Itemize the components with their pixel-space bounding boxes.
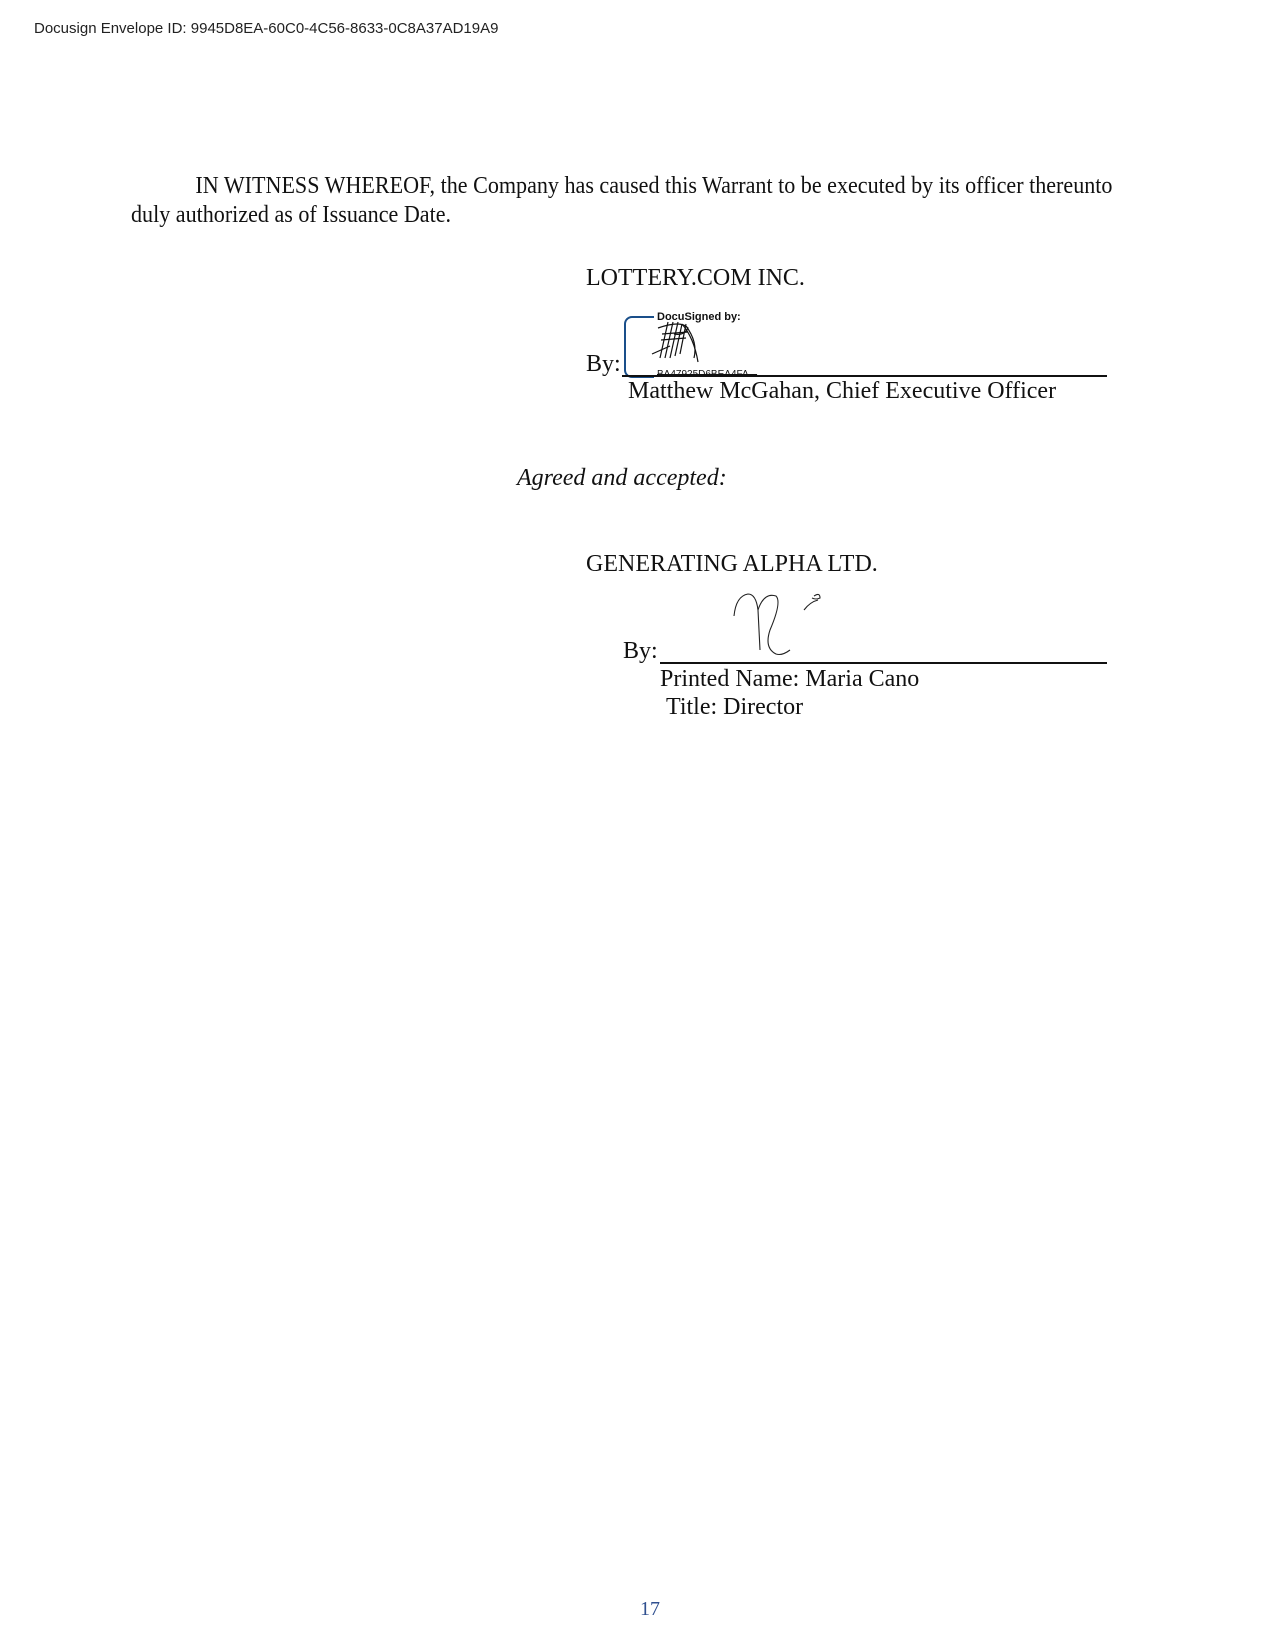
by-label-company: By:: [586, 351, 621, 378]
company-name: LOTTERY.COM INC.: [586, 265, 805, 292]
printed-name: Printed Name: Maria Cano: [660, 666, 919, 693]
by-label-counterparty: By:: [623, 638, 658, 665]
signature-mcgahan-icon: [636, 318, 716, 370]
document-page: Docusign Envelope ID: 9945D8EA-60C0-4C56…: [0, 0, 1275, 1650]
signer-title: Title: Director: [666, 694, 803, 721]
signature-cano-icon: [730, 590, 830, 662]
page-number: 17: [640, 1598, 660, 1621]
signature-line-counterparty: [660, 662, 1107, 664]
signatory-name-title: Matthew McGahan, Chief Executive Officer: [628, 378, 1056, 405]
agreed-accepted-label: Agreed and accepted:: [517, 465, 727, 492]
counterparty-company-name: GENERATING ALPHA LTD.: [586, 551, 878, 578]
docusign-envelope-id: Docusign Envelope ID: 9945D8EA-60C0-4C56…: [34, 20, 498, 37]
signature-line-company: [622, 375, 1107, 377]
witness-paragraph: IN WITNESS WHEREOF, the Company has caus…: [131, 172, 1121, 230]
